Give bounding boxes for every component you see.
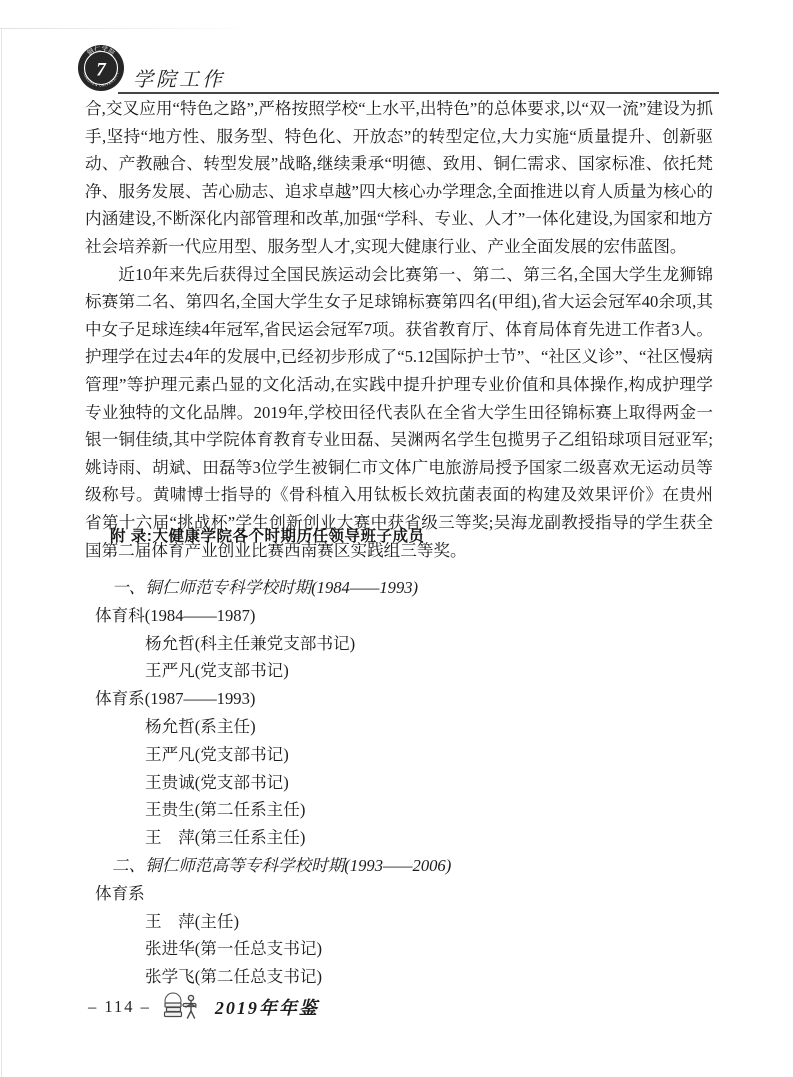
scan-edge-artifact-horizontal [0, 28, 260, 29]
appendix-title: 附 录:大健康学院各个时期历任领导班子成员 [110, 524, 424, 546]
yearbook-title: 2019年年鉴 [215, 994, 319, 1020]
seal-center-glyph: 7 [96, 60, 107, 81]
period-heading: 一、铜仁师范专科学校时期(1984——1993) [85, 574, 705, 602]
member-row: 王严凡(党支部书记) [85, 741, 705, 769]
member-row: 杨允哲(科主任兼党支部书记) [85, 630, 705, 658]
member-row: 王 萍(主任) [85, 908, 705, 936]
yearbook-page: 铜仁学院 TONGREN UNIVERSITY 7 学院工作 合,交叉应用“特色… [0, 0, 793, 1077]
member-row: 张学飞(第二任总支书记) [85, 963, 705, 991]
page-number: – 114 – [88, 997, 151, 1017]
member-row: 王贵诚(党支部书记) [85, 769, 705, 797]
leadership-roster: 一、铜仁师范专科学校时期(1984——1993) 体育科(1984——1987)… [85, 574, 705, 991]
dept-heading: 体育科(1984——1987) [85, 602, 705, 630]
university-seal-logo: 铜仁学院 TONGREN UNIVERSITY 7 [77, 44, 125, 92]
running-head-title: 学院工作 [133, 63, 225, 92]
scan-edge-artifact-vertical [1, 28, 2, 1077]
member-row: 王严凡(党支部书记) [85, 657, 705, 685]
body-paragraph-1: 合,交叉应用“特色之路”,严格按照学校“上水平,出特色”的总体要求,以“双一流”… [85, 95, 713, 261]
yearbook-mascot-icon [161, 991, 205, 1023]
page-footer: – 114 – 2019年年鉴 [88, 990, 319, 1024]
member-row: 杨允哲(系主任) [85, 713, 705, 741]
member-row: 王 萍(第三任系主任) [85, 824, 705, 852]
dept-heading: 体育系 [85, 880, 705, 908]
header-divider [118, 92, 719, 94]
body-text-block: 合,交叉应用“特色之路”,严格按照学校“上水平,出特色”的总体要求,以“双一流”… [85, 95, 713, 564]
period-heading: 二、铜仁师范高等专科学校时期(1993——2006) [85, 852, 705, 880]
member-row: 王贵生(第二任系主任) [85, 796, 705, 824]
body-paragraph-2: 近10年来先后获得过全国民族运动会比赛第一、第二、第三名,全国大学生龙狮锦标赛第… [85, 261, 713, 565]
dept-heading: 体育系(1987——1993) [85, 685, 705, 713]
member-row: 张进华(第一任总支书记) [85, 935, 705, 963]
